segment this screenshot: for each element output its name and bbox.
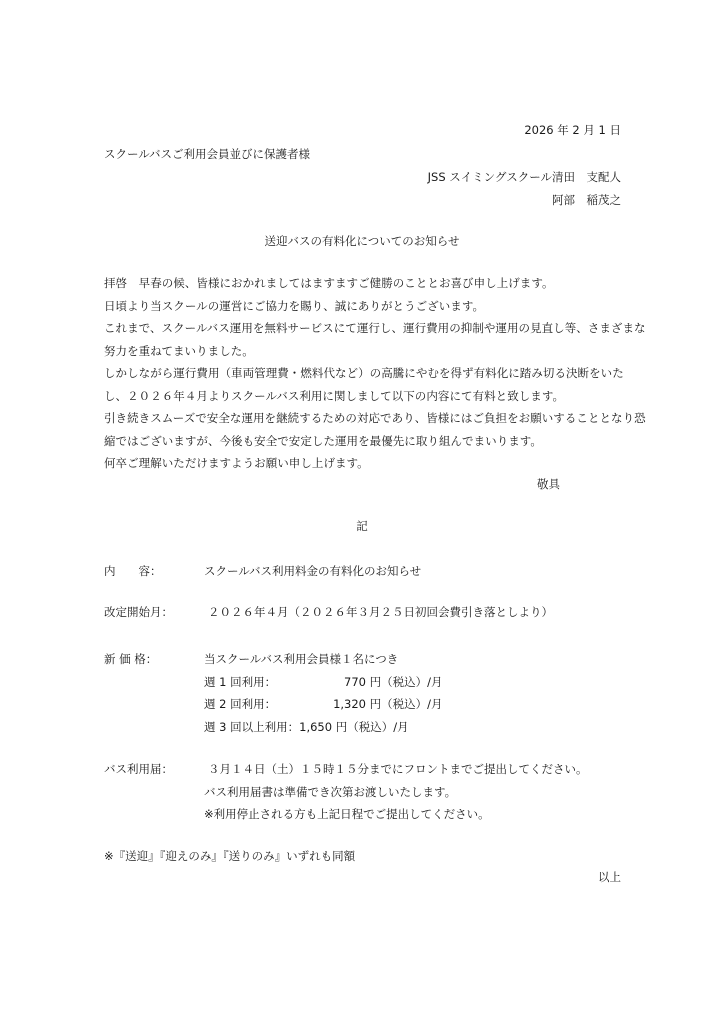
price-intro: 当スクールバス利用会員様１名につき <box>204 654 398 666</box>
body-line: 引き続きスムーズで安全な運用を継続するための対応であり、皆様にはご負担をお願いす… <box>104 413 646 425</box>
letter-date: 2026 年 2 月 1 日 <box>524 125 621 137</box>
price-row-weekly-1: 週 1 回利用：770 円（税込）/月 <box>204 677 443 689</box>
price-row-label: 週 1 回利用： <box>204 677 310 689</box>
sender-name: 阿部 稲茂之 <box>552 195 621 207</box>
price-suffix: 円（税込）/月 <box>370 677 443 689</box>
end-ijou: 以上 <box>598 872 621 884</box>
price-amount: 1,320 <box>310 699 366 711</box>
body-line: これまで、スクールバス運用を無料サービスにて運行し、運行費用の抑制や運用の見直し… <box>104 323 646 335</box>
body-line: 日頃より当スクールの運営にご協力を賜り、誠にありがとうございます。 <box>104 301 484 313</box>
recipient: スクールバスご利用会員並びに保護者様 <box>104 149 310 161</box>
bus-form-line: ３月１４日（土）１５時１５分までにフロントまでご提出してください。 <box>208 764 588 776</box>
bus-form-label: バス利用届： <box>104 764 173 776</box>
body-line: 努力を重ねてまいりました。 <box>104 346 254 358</box>
price-suffix: 円（税込）/月 <box>336 722 409 734</box>
bus-form-line: ※利用停止される方も上記日程でご提出してください。 <box>204 809 490 821</box>
letter-title: 送迎バスの有料化についてのお知らせ <box>0 236 724 248</box>
closing-keigu: 敬具 <box>537 479 560 491</box>
ki-heading: 記 <box>0 521 724 533</box>
start-label: 改定開始月： <box>104 607 173 619</box>
body-line: 何卒ご理解いただけますようお願い申し上げます。 <box>104 458 369 470</box>
sender-org: JSS スイミングスクール清田 支配人 <box>428 172 621 184</box>
price-row-label: 週 3 回以上利用： <box>204 722 299 734</box>
content-value: スクールバス利用料金の有料化のお知らせ <box>204 566 421 578</box>
bus-form-line: バス利用届書は準備でき次第お渡しいたします。 <box>204 787 456 799</box>
price-row-weekly-2: 週 2 回利用：1,320 円（税込）/月 <box>204 699 443 711</box>
body-line: 拝啓 早春の候、皆様におかれましてはますますご健勝のこととお喜び申し上げます。 <box>104 278 554 290</box>
body-line: し、２０２６年４月よりスクールバス利用に関しまして以下の内容にて有料と致します。 <box>104 391 564 403</box>
same-price-note: ※『送迎』『迎えのみ』『送りのみ』いずれも同額 <box>104 851 355 863</box>
start-value: ２０２６年４月（２０２６年３月２５日初回会費引き落としより） <box>208 607 553 619</box>
price-suffix: 円（税込）/月 <box>370 699 443 711</box>
content-label: 内 容： <box>104 566 162 578</box>
price-row-weekly-3plus: 週 3 回以上利用：1,650 円（税込）/月 <box>204 722 409 734</box>
price-amount: 1,650 <box>299 722 332 734</box>
price-amount: 770 <box>310 677 366 689</box>
price-label: 新 価 格： <box>104 654 157 666</box>
body-line: 縮ではございますが、今後も安全で安定した運用を最優先に取り組んでまいります。 <box>104 436 542 448</box>
price-row-label: 週 2 回利用： <box>204 699 310 711</box>
body-line: しかしながら運行費用（車両管理費・燃料代など）の高騰にやむを得ず有料化に踏み切る… <box>104 368 624 380</box>
